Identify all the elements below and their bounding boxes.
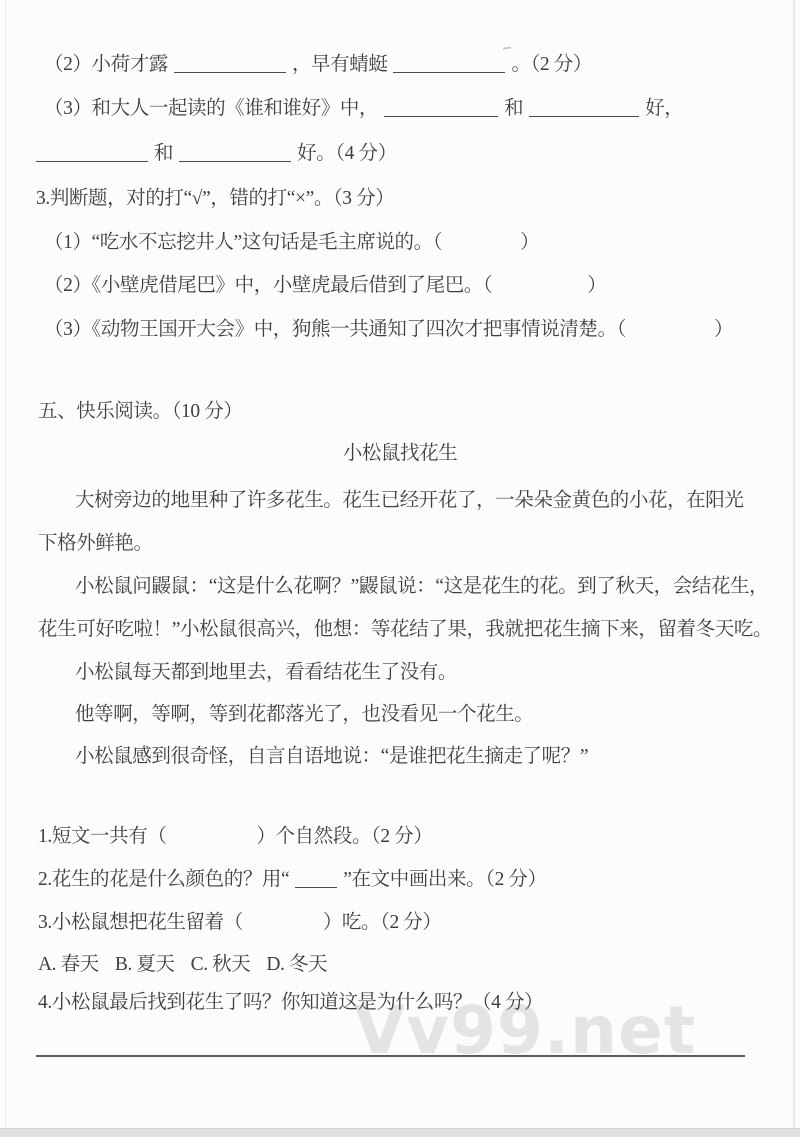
reading-para5: 小松鼠感到很奇怪，自言自语地说：“是谁把花生摘走了呢？” (75, 744, 588, 770)
reading-q4: 4.小松鼠最后找到花生了吗？你知道这是为什么吗？（4 分） (38, 990, 543, 1016)
text-run: ，早有蜻蜓 (292, 54, 388, 75)
reading-para1-line2: 下格外鲜艳。 (38, 531, 153, 557)
answer-writing-line (36, 1055, 745, 1057)
text-run: B. 夏天 (115, 954, 175, 975)
text-run: ）吃。（2 分） (323, 912, 442, 933)
answer-space (175, 969, 191, 970)
text-run: 1.短文一共有（ (38, 826, 166, 847)
blank-underline (384, 116, 498, 118)
text-run: 花生可好吃啦！”小松鼠很高兴，他想：等花结了果，我就把花生摘下来，留着冬天吃。 (38, 619, 772, 640)
text-run: 和 (154, 143, 173, 164)
reading-para1-line1: 大树旁边的地里种了许多花生。花生已经开花了，一朵朵金黄色的小花，在阳光 (75, 488, 744, 514)
page-right-edge (793, 0, 795, 1128)
judge-item-3: （3）《动物王国开大会》中，狗熊一共通知了四次才把事情说清楚。（） (44, 317, 733, 343)
judge-item-1: （1）“吃水不忘挖井人”这句话是毛主席说的。（） (44, 230, 539, 256)
answer-space (442, 247, 520, 248)
text-run: （2）《小壁虎借尾巴》中，小壁虎最后借到了尾巴。（ (44, 275, 492, 296)
reading-q1: 1.短文一共有（）个自然段。（2 分） (38, 824, 432, 850)
answer-space (243, 927, 323, 928)
reading-para2-line2: 花生可好吃啦！”小松鼠很高兴，他想：等花结了果，我就把花生摘下来，留着冬天吃。 (38, 617, 772, 643)
answer-space (250, 969, 266, 970)
text-run: C. 秋天 (191, 954, 251, 975)
reading-q2: 2.花生的花是什么颜色的？用“”在文中画出来。（2 分） (38, 867, 547, 893)
blank-underline (179, 161, 291, 163)
text-run: 大树旁边的地里种了许多花生。花生已经开花了，一朵朵金黄色的小花，在阳光 (75, 490, 744, 511)
text-run: 2.花生的花是什么颜色的？用“ (38, 869, 289, 890)
blank-underline (529, 116, 639, 118)
reading-q3-options: A. 春天B. 夏天C. 秋天D. 冬天 (38, 952, 327, 978)
text-run: 小松鼠感到很奇怪，自言自语地说：“是谁把花生摘走了呢？” (75, 746, 588, 767)
answer-space (166, 841, 256, 842)
text-run: A. 春天 (38, 954, 99, 975)
text-run: 好。（4 分） (297, 143, 397, 164)
text-run: 小松鼠每天都到地里去，看看结花生了没有。 (75, 662, 457, 683)
judge-header: 3.判断题，对的打“√”，错的打“×”。（3 分） (36, 186, 394, 212)
judge-item-2: （2）《小壁虎借尾巴》中，小壁虎最后借到了尾巴。（） (44, 273, 606, 299)
scan-artifact (503, 46, 511, 49)
reading-para3: 小松鼠每天都到地里去，看看结花生了没有。 (75, 660, 457, 686)
fill-blank-q3a: （3）和大人一起读的《谁和谁好》中，和好， (44, 96, 683, 122)
reading-para2-line1: 小松鼠问鼹鼠：“这是什么花啊？”鼹鼠说：“这是花生的花。到了秋天，会结花生， (75, 574, 768, 600)
text-run: ） (714, 319, 733, 340)
text-run: （1）“吃水不忘挖井人”这句话是毛主席说的。（ (44, 232, 442, 253)
text-run: 下格外鲜艳。 (38, 533, 153, 554)
text-run: （3）和大人一起读的《谁和谁好》中， (44, 98, 378, 119)
text-run: （2）小荷才露 (44, 54, 168, 75)
blank-underline (174, 72, 286, 74)
answer-space (492, 290, 587, 291)
text-run: 4.小松鼠最后找到花生了吗？你知道这是为什么吗？（4 分） (38, 992, 543, 1013)
text-run: 3.小松鼠想把花生留着（ (38, 912, 243, 933)
text-run: 小松鼠找花生 (343, 443, 458, 464)
text-run: ） (520, 232, 539, 253)
text-run: ”在文中画出来。（2 分） (343, 869, 546, 890)
fill-blank-q2: （2）小荷才露，早有蜻蜓。（2 分） (44, 52, 592, 78)
text-run: 他等啊，等啊，等到花都落光了，也没看见一个花生。 (75, 704, 533, 725)
text-run: （3）《动物王国开大会》中，狗熊一共通知了四次才把事情说清楚。（ (44, 319, 626, 340)
answer-space (626, 334, 714, 335)
page-left-edge (5, 0, 6, 1128)
fill-blank-q3b: 和好。（4 分） (30, 141, 397, 167)
text-run: 和 (504, 98, 523, 119)
reading-para4: 他等啊，等啊，等到花都落光了，也没看见一个花生。 (75, 702, 533, 728)
text-run: 3.判断题，对的打“√”，错的打“×”。（3 分） (36, 188, 394, 209)
text-run: 小松鼠问鼹鼠：“这是什么花啊？”鼹鼠说：“这是花生的花。到了秋天，会结花生， (75, 576, 768, 597)
section-5-header: 五、快乐阅读。（10 分） (38, 399, 242, 425)
blank-underline (295, 887, 337, 889)
blank-underline (36, 161, 148, 163)
reading-q3: 3.小松鼠想把花生留着（）吃。（2 分） (38, 910, 442, 936)
text-run: 好， (645, 98, 683, 119)
text-run: 五、快乐阅读。（10 分） (38, 401, 242, 422)
blank-underline (393, 72, 505, 74)
text-run: ） (587, 275, 606, 296)
page-bottom-band (0, 1128, 800, 1137)
reading-title: 小松鼠找花生 (0, 441, 800, 467)
text-run: ）个自然段。（2 分） (256, 826, 432, 847)
text-run: D. 冬天 (266, 954, 327, 975)
text-run: 。（2 分） (511, 54, 591, 75)
answer-space (99, 969, 115, 970)
test-paper-page: Vv99.net （2）小荷才露，早有蜻蜓。（2 分）（3）和大人一起读的《谁和… (0, 0, 800, 1137)
